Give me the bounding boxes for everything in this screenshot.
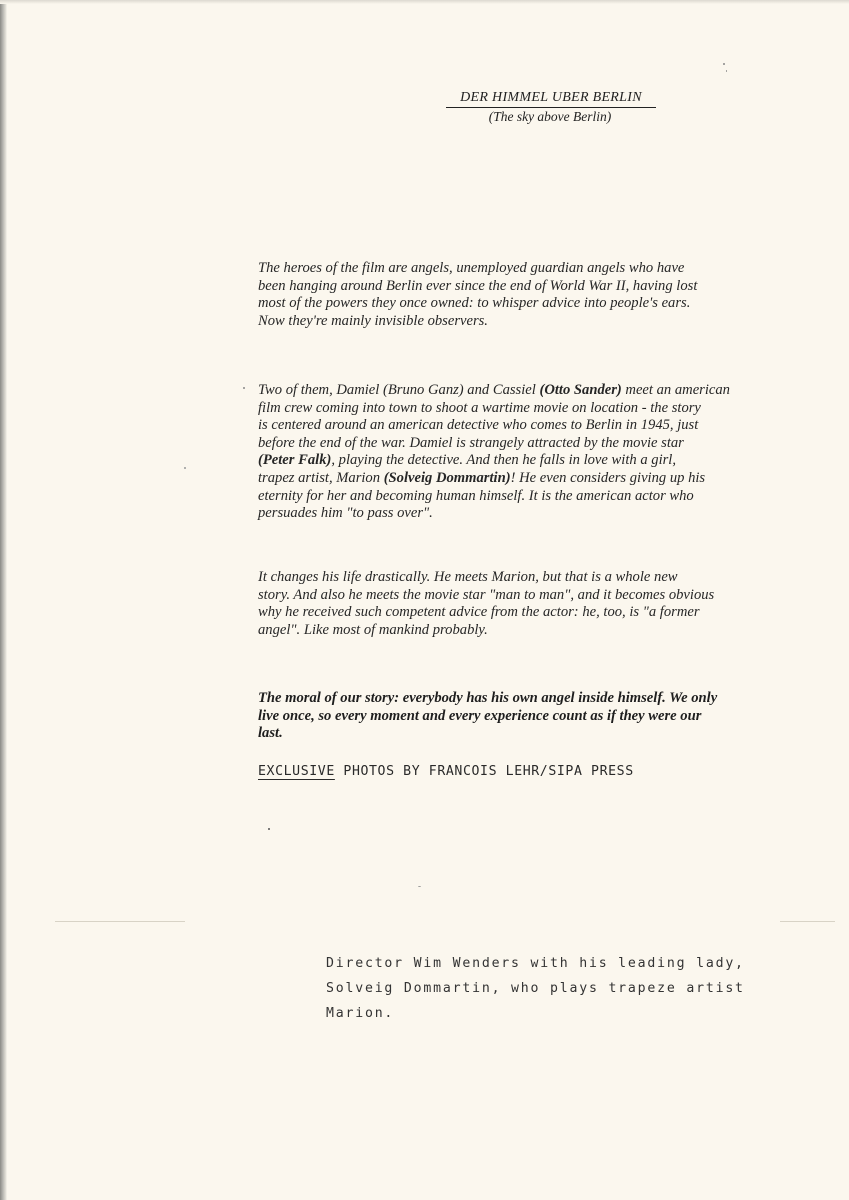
text-line: most of the powers they once owned: to w…	[258, 295, 849, 313]
text-segment: ! He even considers giving up his	[511, 470, 706, 486]
document-subtitle: (The sky above Berlin)	[430, 109, 670, 125]
photo-credit: EXCLUSIVE PHOTOS BY FRANCOIS LEHR/SIPA P…	[258, 764, 634, 779]
paper-speck	[726, 70, 727, 72]
actor-name-otto-sander: (Otto Sander)	[539, 382, 621, 398]
paper-speck	[723, 63, 725, 65]
text-line: eternity for her and becoming human hims…	[258, 488, 849, 506]
text-line: The heroes of the film are angels, unemp…	[258, 260, 849, 278]
paper-speck	[184, 467, 186, 469]
text-line: story. And also he meets the movie star …	[258, 587, 849, 605]
credit-exclusive: EXCLUSIVE	[258, 764, 335, 779]
text-line: is centered around an american detective…	[258, 417, 849, 435]
text-line: before the end of the war. Damiel is str…	[258, 435, 849, 453]
caption-line: Director Wim Wenders with his leading la…	[326, 951, 745, 976]
paper-speck	[243, 387, 245, 389]
text-line: trapez artist, Marion (Solveig Dommartin…	[258, 470, 849, 488]
text-segment: trapez artist, Marion	[258, 470, 384, 486]
photo-caption: Director Wim Wenders with his leading la…	[326, 951, 745, 1026]
document-title-block: DER HIMMEL UBER BERLIN (The sky above Be…	[420, 86, 670, 125]
caption-line: Solveig Dommartin, who plays trapeze art…	[326, 976, 745, 1001]
page-binding-edge	[0, 0, 7, 1200]
text-line: live once, so every moment and every exp…	[258, 708, 849, 726]
text-line: why he received such competent advice fr…	[258, 604, 849, 622]
paragraph-moral: The moral of our story: everybody has hi…	[258, 690, 849, 743]
actor-name-peter-falk: (Peter Falk)	[258, 452, 331, 468]
text-line: It changes his life drastically. He meet…	[258, 569, 849, 587]
paragraph-changes: It changes his life drastically. He meet…	[258, 569, 849, 639]
text-line: The moral of our story: everybody has hi…	[258, 690, 849, 708]
text-segment: meet an american	[622, 382, 730, 398]
text-line: Now they're mainly invisible observers.	[258, 313, 849, 331]
text-segment: Two of them, Damiel (Bruno Ganz) and Cas…	[258, 382, 539, 398]
document-title: DER HIMMEL UBER BERLIN	[446, 90, 656, 108]
text-line: Two of them, Damiel (Bruno Ganz) and Cas…	[258, 382, 849, 400]
paper-crease	[55, 921, 185, 922]
text-line: last.	[258, 725, 849, 743]
paragraph-heroes: The heroes of the film are angels, unemp…	[258, 260, 849, 330]
page-top-edge	[0, 0, 849, 4]
paper-speck	[268, 828, 270, 830]
actor-name-solveig-dommartin: (Solveig Dommartin)	[384, 470, 511, 486]
paragraph-plot: Two of them, Damiel (Bruno Ganz) and Cas…	[258, 382, 849, 523]
paper-speck	[418, 886, 421, 887]
caption-line: Marion.	[326, 1001, 745, 1026]
credit-text: PHOTOS BY FRANCOIS LEHR/SIPA PRESS	[335, 764, 634, 779]
text-line: film crew coming into town to shoot a wa…	[258, 400, 849, 418]
paper-crease	[780, 921, 835, 922]
text-segment: , playing the detective. And then he fal…	[331, 452, 676, 468]
text-line: angel". Like most of mankind probably.	[258, 622, 849, 640]
text-line: been hanging around Berlin ever since th…	[258, 278, 849, 296]
text-line: persuades him "to pass over".	[258, 505, 849, 523]
text-line: (Peter Falk), playing the detective. And…	[258, 452, 849, 470]
